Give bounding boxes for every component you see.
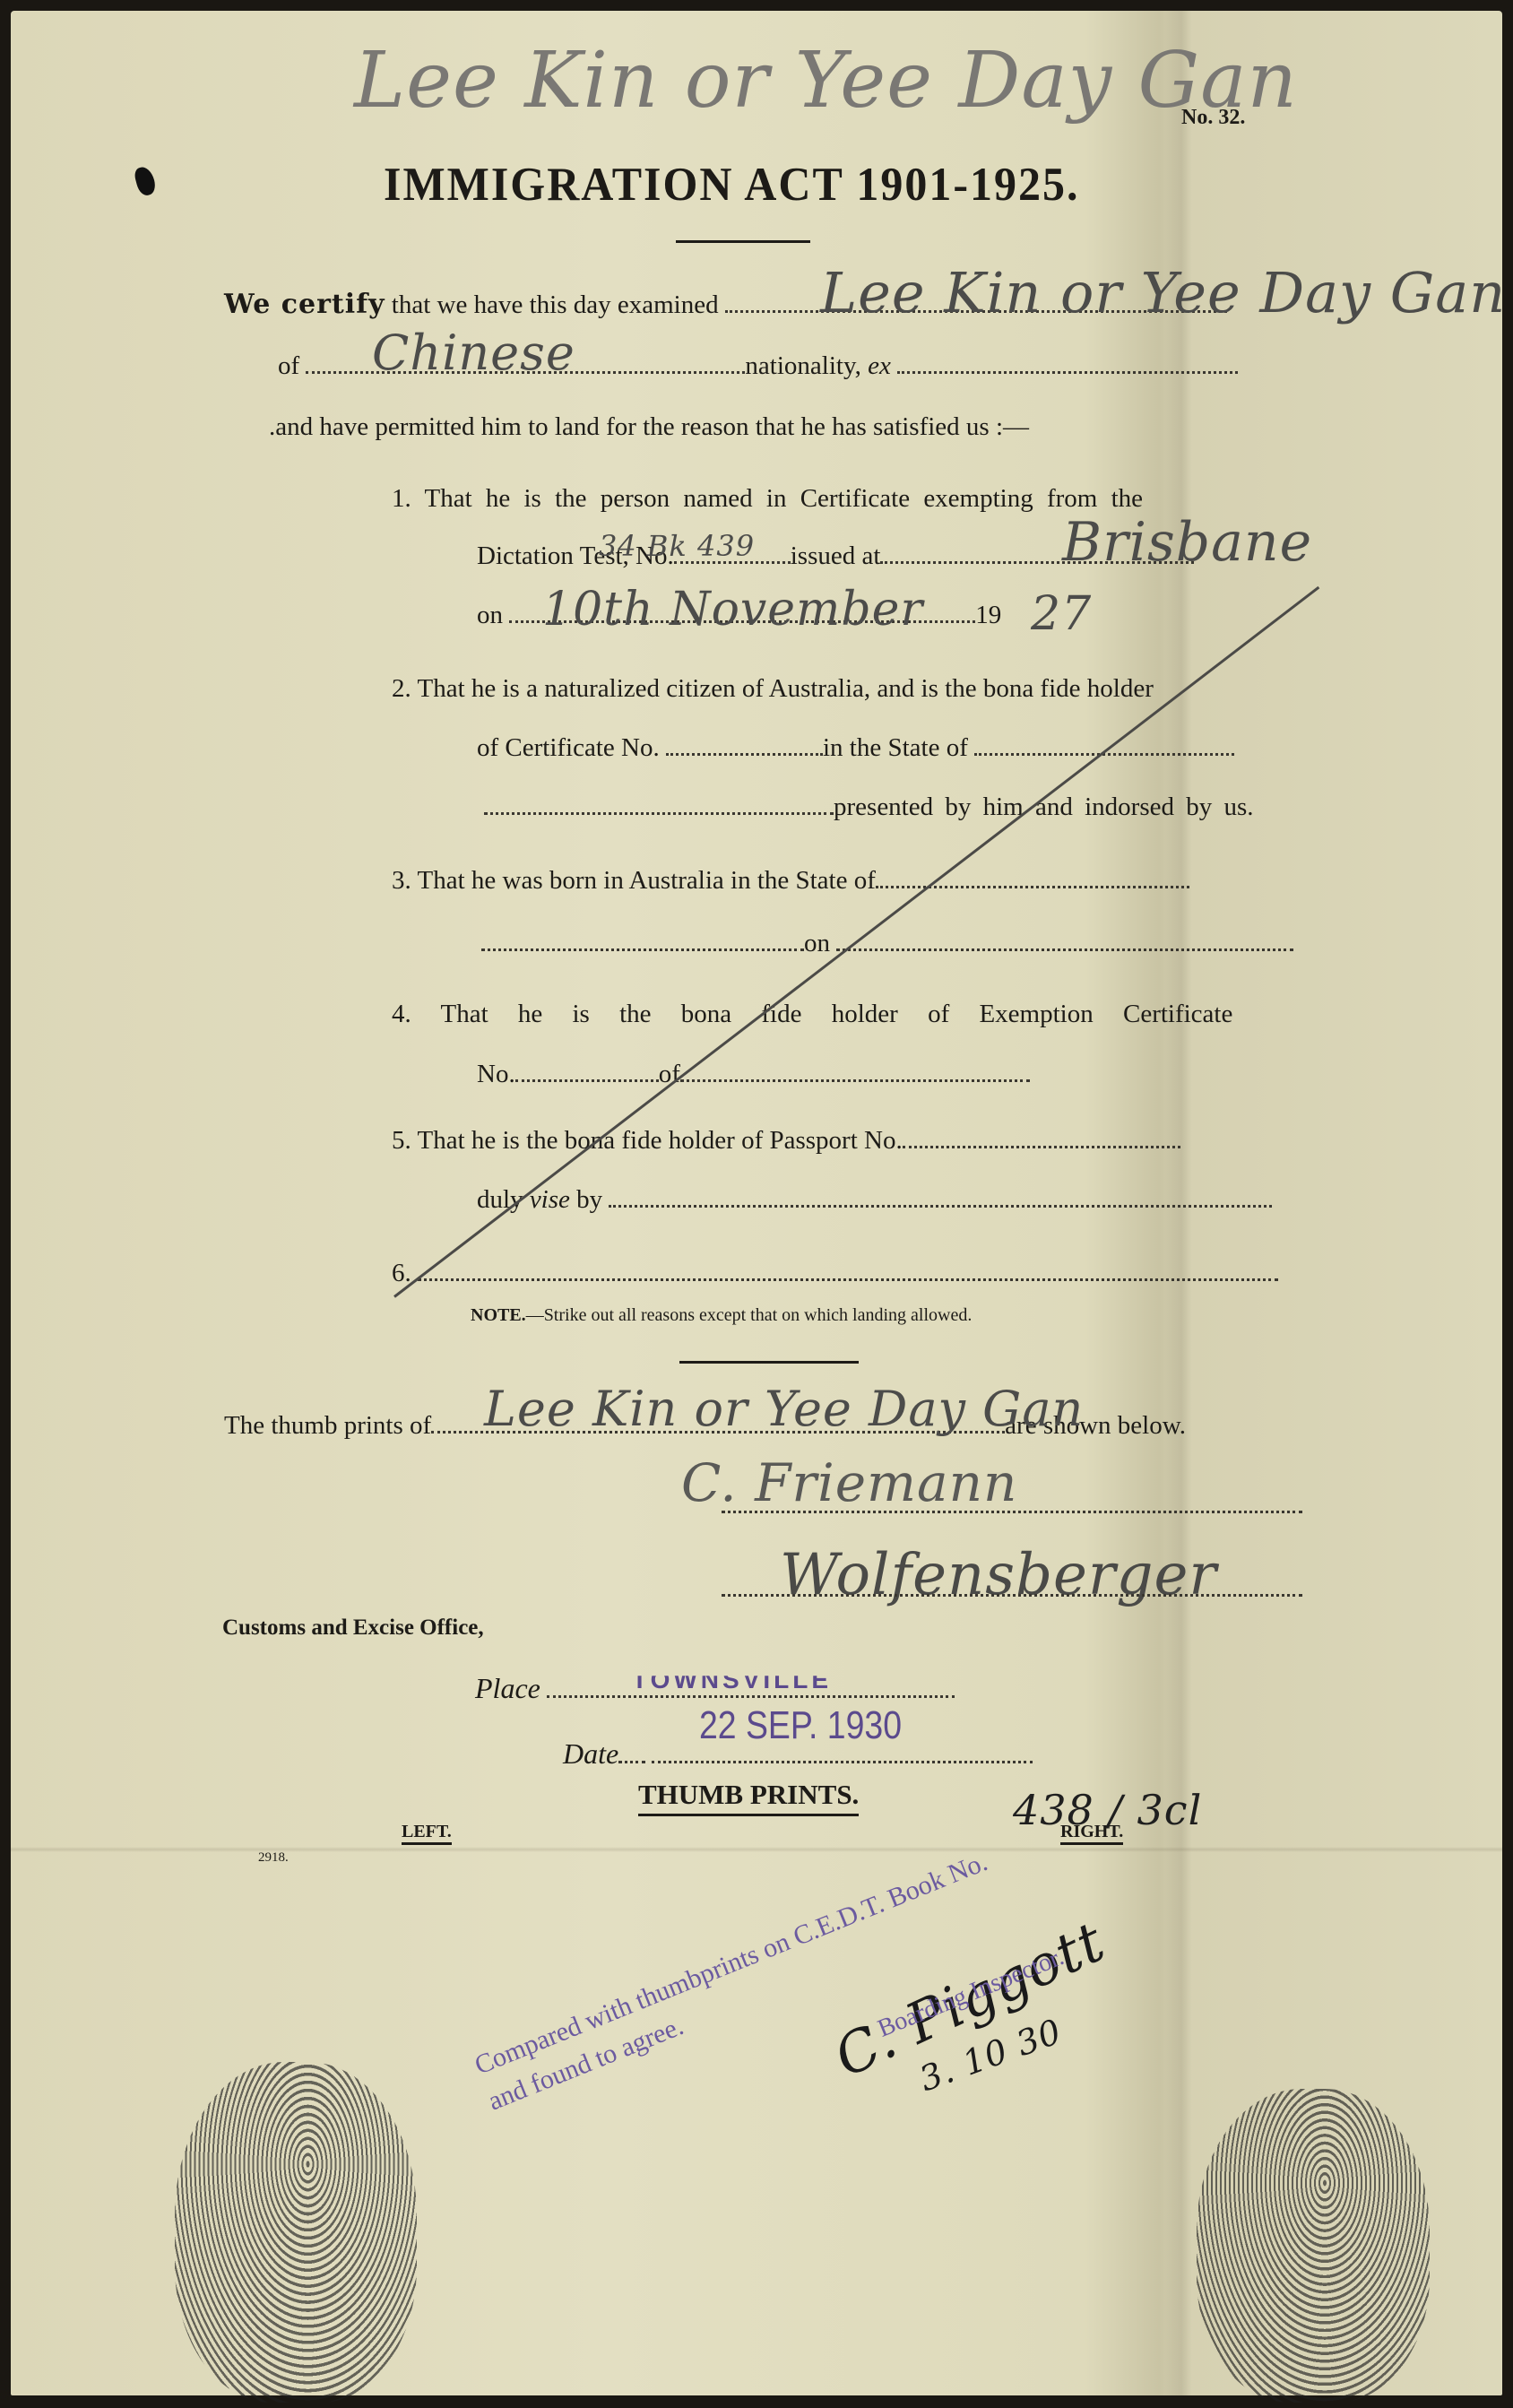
thumb-prints-heading: THUMB PRINTS. [638, 1779, 859, 1816]
reason-2-line-1: 2. That he is a naturalized citizen of A… [392, 674, 1154, 704]
print-code: 2918. [258, 1850, 289, 1866]
reason-5-line-1: 5. That he is the bona fide holder of Pa… [392, 1126, 1180, 1156]
reason-4-line-1: 4. That he is the bona fide holder of Ex… [392, 1000, 1232, 1029]
reason-2-line-3: presented by him and indorsed by us. [484, 793, 1254, 822]
birth-place-field [481, 947, 804, 951]
horizontal-fold-crease [11, 1847, 1502, 1852]
customs-office-label: Customs and Excise Office, [222, 1615, 484, 1641]
left-thumb-label: LEFT. [402, 1822, 452, 1845]
officer-signature-1: C. Friemann [681, 1452, 1017, 1513]
exemption-cert-no-field [515, 1078, 659, 1082]
reason-5-line-2: duly vise by [477, 1185, 1272, 1215]
certify-text: that we have this day examined [392, 290, 719, 319]
reason-1-line-1: 1. That he is the person named in Certif… [392, 484, 1143, 514]
vise-by-field [609, 1203, 1272, 1208]
dictation-cert-no-handwritten: 34 Bk 439 [599, 529, 755, 563]
right-thumbprint [1197, 2089, 1430, 2403]
section-divider [679, 1361, 859, 1364]
title-underline [676, 240, 810, 243]
reason-4-line-2: No.of [477, 1060, 1030, 1089]
signature-2-line [722, 1594, 1302, 1597]
date-field [652, 1759, 1033, 1763]
ex-label: ex [868, 351, 891, 380]
birth-state-field [876, 884, 1189, 888]
nationality-handwritten: Chinese [372, 325, 575, 381]
issued-year-handwritten: 27 [1031, 587, 1092, 641]
naturalization-cert-field [666, 751, 823, 756]
ex-field [897, 369, 1238, 374]
strike-out-note: NOTE.—Strike out all reasons except that… [471, 1305, 972, 1326]
book-reference-handwritten: 438 / 3cl [1013, 1786, 1202, 1834]
examined-name-handwritten: Lee Kin or Yee Day Gan [820, 260, 1506, 325]
of-label: of [278, 351, 299, 380]
exemption-cert-of-field [680, 1078, 1030, 1082]
reason-6-line: 6. [392, 1259, 1278, 1288]
top-handwritten-name: Lee Kin or Yee Day Gan [354, 36, 1298, 126]
birth-date-field [836, 947, 1293, 951]
form-number: No. 32. [1181, 106, 1245, 130]
passport-no-field [903, 1144, 1180, 1148]
thumb-prints-name-handwritten: Lee Kin or Yee Day Gan [484, 1381, 1084, 1437]
certify-lead: We certify [224, 289, 385, 320]
presented-field [484, 810, 834, 815]
reason-3-line-2: on [481, 929, 1293, 958]
issued-date-handwritten: 10th November [542, 583, 923, 637]
issued-at-handwritten: Brisbane [1062, 511, 1312, 574]
left-thumbprint [175, 2062, 417, 2403]
permitted-line: .and have permitted him to land for the … [269, 412, 1029, 442]
officer-signature-2: Wolfensberger [780, 1542, 1217, 1608]
other-reason-field [418, 1277, 1278, 1281]
signature-1-line [722, 1511, 1302, 1513]
date-stamp: 22 SEP. 1930 [699, 1703, 902, 1748]
reason-3-line-1: 3. That he was born in Australia in the … [392, 866, 1189, 896]
page-title: IMMIGRATION ACT 1901-1925. [384, 157, 1080, 212]
nationality-label: nationality, [745, 351, 860, 380]
